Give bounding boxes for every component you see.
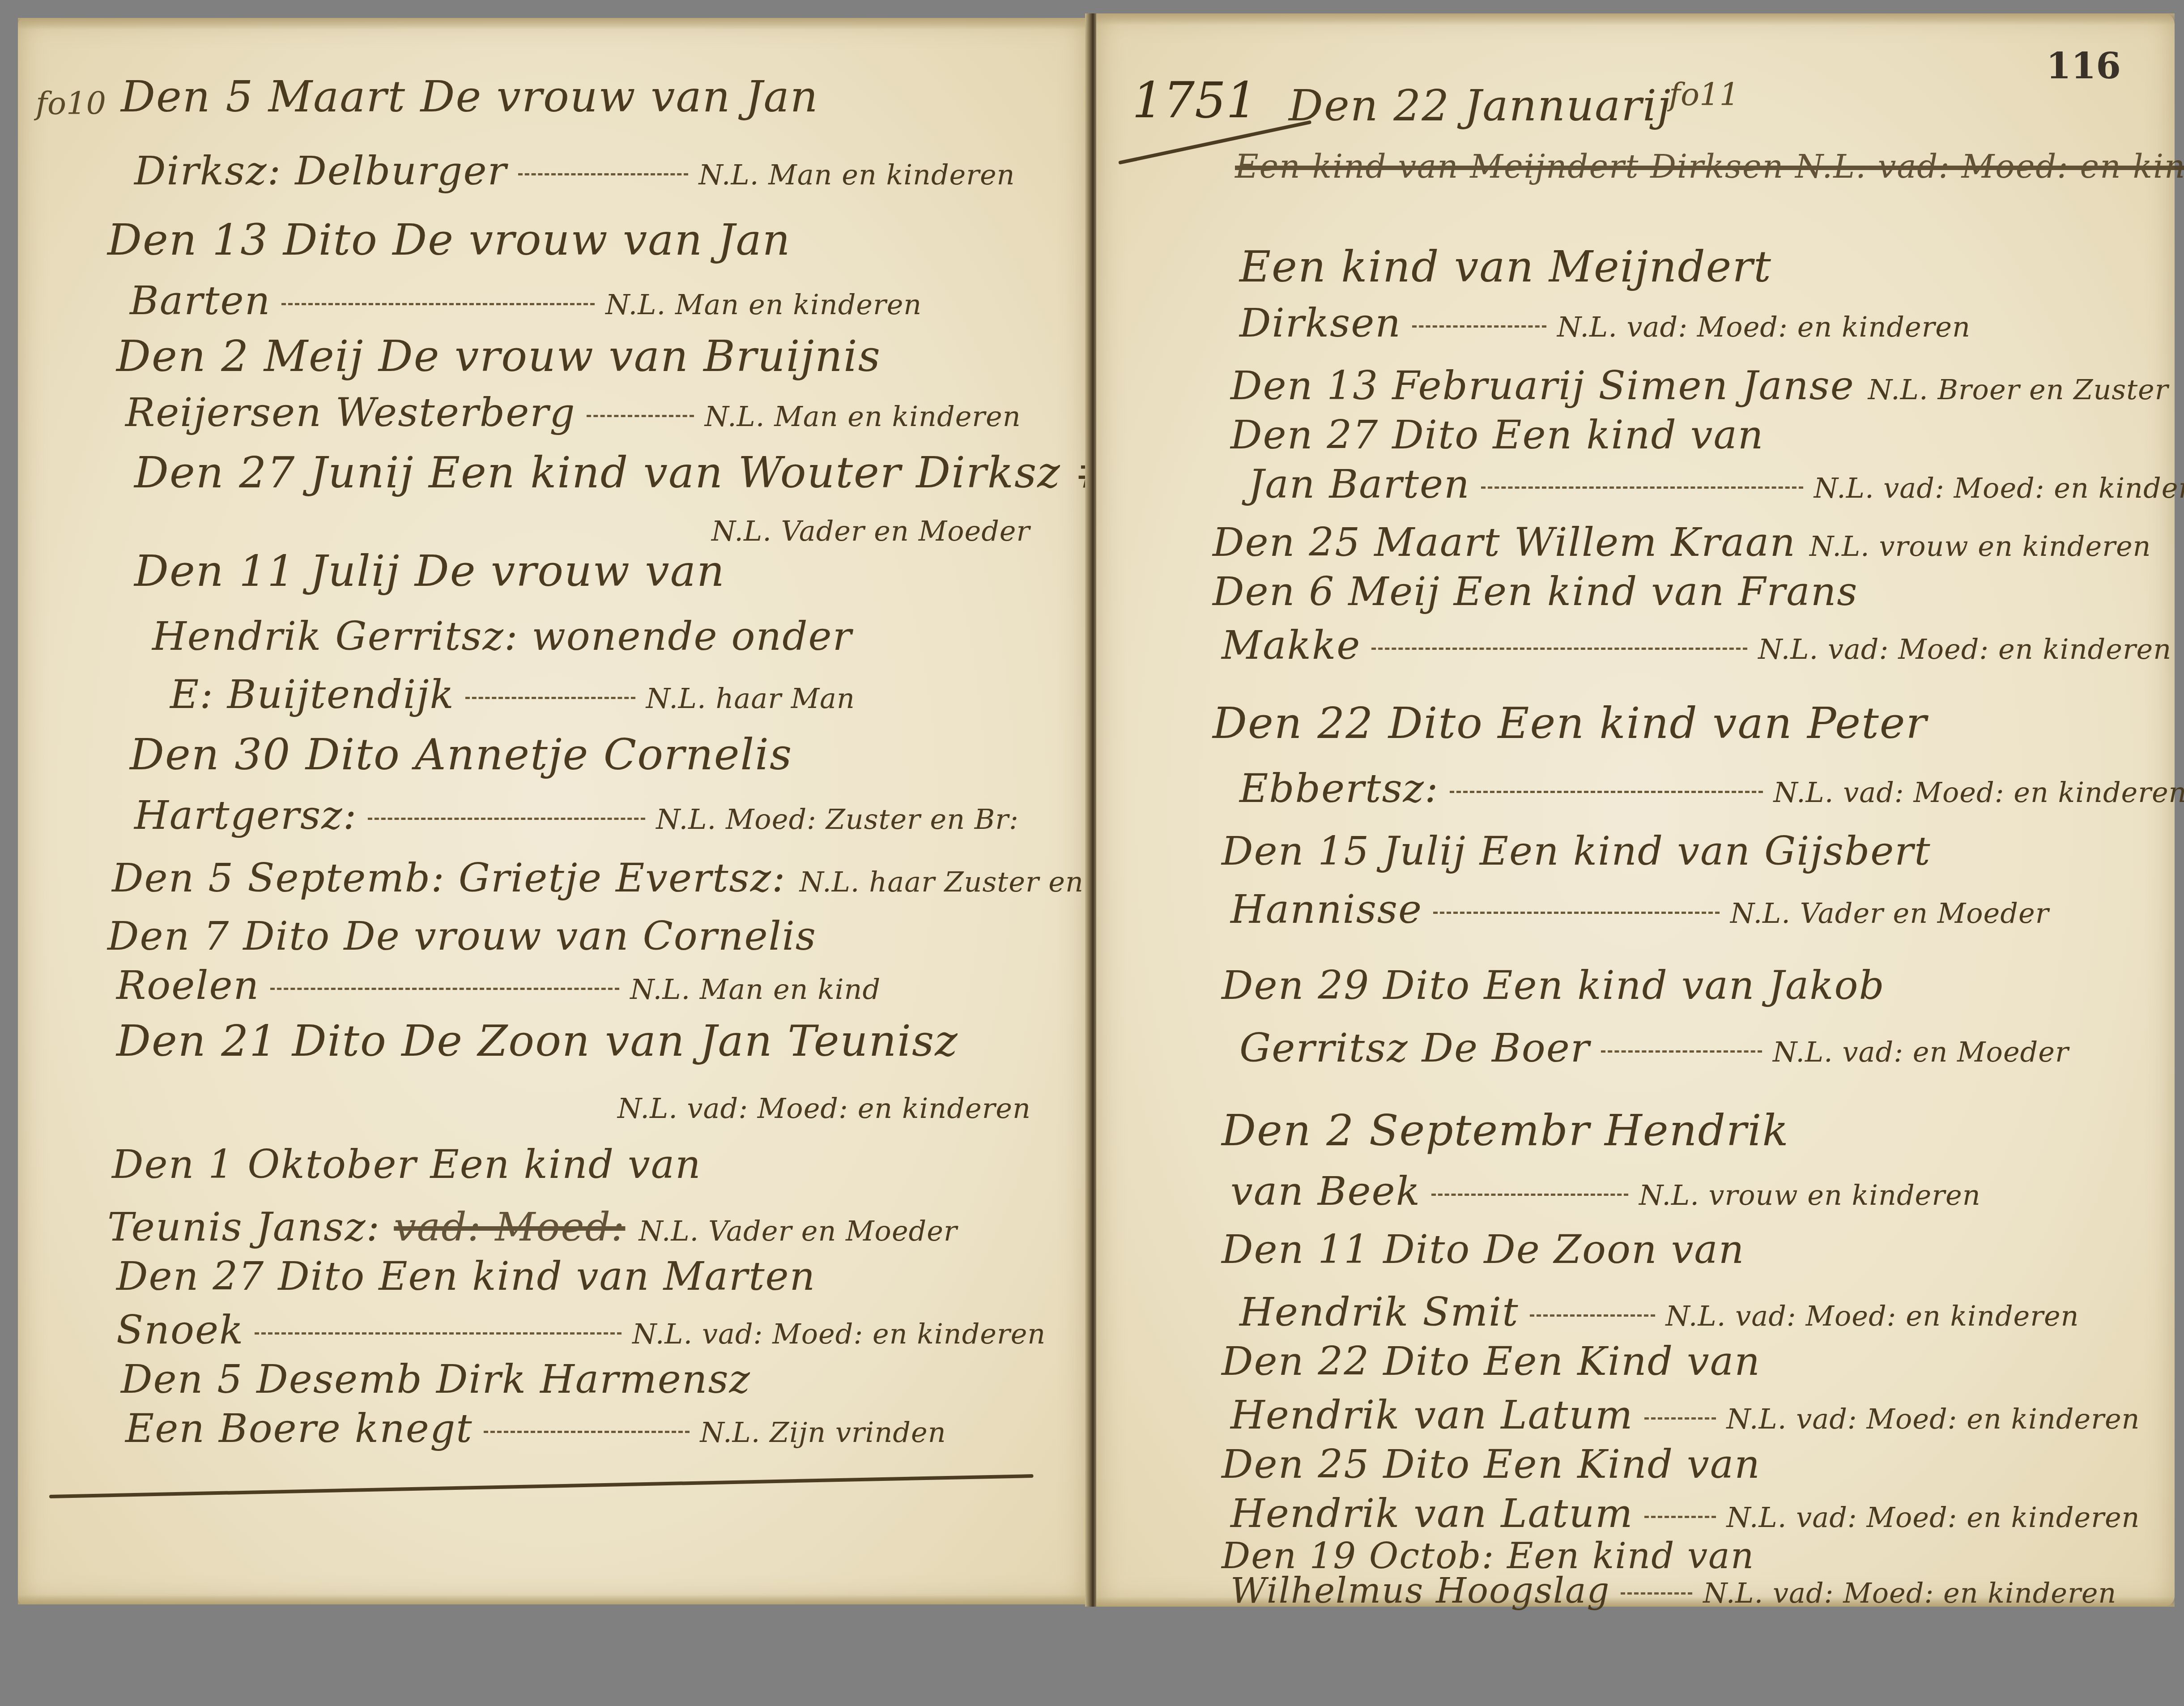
entry-remark: N.L. Man en kinderen: [699, 158, 1015, 191]
entry-continuation-2: E: Buijtendijk: [170, 671, 455, 717]
folio-reference: fo10: [36, 85, 106, 122]
entry-date: Den 5 Septemb:: [112, 855, 445, 901]
entry-remark: N.L. vad: Moed: en kinderen: [617, 1092, 1031, 1125]
entry-text: De vrouw van Cornelis: [344, 913, 817, 959]
entry-remark: N.L. Man en kinderen: [705, 400, 1021, 433]
entry-date-text: Den 1 Oktober Een kind van: [112, 1141, 702, 1187]
entry-date: Den 6 Meij: [1213, 568, 1440, 614]
entry-text: Een kind van Wouter Dirksz: [429, 448, 1061, 498]
entry-remark: N.L. Vader en Moeder: [1730, 897, 2049, 930]
entry-date-text: Den 2 Septembr Hendrik: [1222, 1105, 1789, 1156]
entry-date: Den 27 Dito: [1230, 412, 1479, 458]
entry-date-text: Den 5 Desemb Dirk Harmensz: [121, 1356, 751, 1402]
entry-continuation: Teunis Jansz:: [107, 1204, 380, 1250]
entry-remark: N.L. Zijn vrinden: [700, 1416, 946, 1449]
entry-remark: N.L. vad: Moed: en kinderen: [1727, 1501, 2140, 1534]
entry-date-text: Den 15 Julij Een kind van Gijsbert: [1222, 828, 1931, 874]
entry-continuation-line: MakkeN.L. vad: Moed: en kinderen: [1222, 622, 2171, 668]
left-page: fo10 Den 5 Maart De vrouw van Jan Dirksz…: [18, 18, 1087, 1604]
entry-date: Den 22 Dito: [1213, 698, 1483, 748]
dash-filler: [518, 173, 688, 175]
entry-date: Den 11 Dito: [1222, 1226, 1470, 1272]
dash-filler: [1481, 486, 1803, 489]
entry-date-text: Den 5 Maart De vrouw van Jan: [121, 72, 819, 122]
entry-continuation-line: Reijersen WesterbergN.L. Man en kinderen: [125, 389, 1021, 435]
entry-text: Een kind van Frans: [1454, 568, 1858, 614]
entry-continuation: Hendrik Gerritsz: wonende onder: [152, 613, 852, 659]
entry-remark: N.L. haar Man: [646, 682, 855, 715]
entry-date: Den 29 Dito: [1222, 962, 1470, 1008]
entry-text: Een kind van: [1493, 412, 1764, 458]
entry-continuation-line: BartenN.L. Man en kinderen: [130, 277, 922, 324]
entry-continuation-line: Hartgersz:N.L. Moed: Zuster en Br:: [134, 792, 1019, 838]
entry-continuation-line: Hendrik van LatumN.L. vad: Moed: en kind…: [1230, 1392, 2140, 1438]
entry-continuation-line: Ebbertsz:N.L. vad: Moed: en kinderen: [1239, 765, 2184, 811]
dash-filler: [587, 415, 694, 417]
dash-filler: [1433, 912, 1720, 914]
entry-continuation: Hannisse: [1230, 886, 1422, 932]
entry-continuation-line: Teunis Jansz: vad: Moed: N.L. Vader en M…: [107, 1204, 958, 1250]
entry-remark: N.L. vad: Moed: en kinderen: [1774, 776, 2184, 809]
entry-date: Den 15 Julij: [1222, 828, 1466, 874]
dash-filler: [1450, 791, 1763, 793]
entry-date-text: Den 27 Dito Een kind van: [1230, 412, 1764, 458]
entry-continuation: Wilhelmus Hoogslag: [1230, 1571, 1610, 1611]
entry-date-text: Den 13 Dito De vrouw van Jan: [107, 215, 791, 265]
dash-filler: [281, 303, 595, 305]
entry-remark: N.L. vrouw en kinderen: [1639, 1179, 1981, 1211]
entry-text: Een kind van: [430, 1141, 702, 1187]
entry-date: Den 2 Septembr: [1222, 1105, 1590, 1156]
entry-continuation-line: E: BuijtendijkN.L. haar Man: [170, 671, 855, 717]
entry-remark: N.L. vad: Moed: en kinderen: [1814, 472, 2184, 504]
entry-date: Den 5 Desemb: [121, 1356, 423, 1402]
entry-continuation-line: Een Boere knegtN.L. Zijn vrinden: [125, 1405, 946, 1451]
entry-text: De vrouw van: [415, 546, 725, 596]
entry-date: Den 21 Dito: [116, 1016, 387, 1066]
entry-continuation: Dirksz: Delburger: [134, 148, 507, 194]
entry-remark: N.L. vad: en Moeder: [1773, 1036, 2069, 1068]
entry-remark: N.L. Vader en Moeder: [711, 515, 1030, 547]
entry-continuation-line: Gerritsz De BoerN.L. vad: en Moeder: [1239, 1025, 2069, 1071]
closing-rule: [49, 1474, 1034, 1498]
entry-date-text: Den 27 Dito Een kind van Marten: [116, 1253, 816, 1299]
open-register-book: fo10 Den 5 Maart De vrouw van Jan Dirksz…: [18, 13, 2175, 1607]
entry-continuation: Hendrik van Latum: [1230, 1392, 1634, 1438]
entry-continuation: Ebbertsz:: [1239, 765, 1439, 811]
entry-date-text: Den 22 Dito Een kind van Peter: [1213, 698, 1927, 748]
entry-text: Hendrik: [1605, 1105, 1789, 1156]
entry-date-text: Den 6 Meij Een kind van Frans: [1213, 568, 1858, 614]
entry-date: Den 27 Dito: [116, 1253, 365, 1299]
entry-line: Den 25 Maart Willem Kraan N.L. vrouw en …: [1213, 519, 2151, 565]
entry-date-text: Den 11 Julij De vrouw van: [134, 546, 725, 596]
entry-date: Den 25 Maart: [1213, 519, 1501, 565]
entry-text: De vrouw van Jan: [392, 215, 791, 265]
dash-filler: [270, 988, 619, 990]
entry-text: Een Kind van: [1484, 1441, 1761, 1487]
page-edge-top: [18, 18, 1087, 30]
heading-date: Den 22 Jannuarij: [1289, 81, 1672, 131]
page-edge-top: [1096, 13, 2175, 25]
entry-date: Den 11 Julij: [134, 546, 400, 596]
entry-continuation: Makke: [1222, 622, 1361, 668]
dash-filler: [1530, 1314, 1655, 1317]
entry-text: De vrouw van Bruijnis: [379, 331, 881, 381]
entry-continuation-line: SnoekN.L. vad: Moed: en kinderen: [116, 1307, 1046, 1353]
dash-filler: [1371, 648, 1747, 650]
entry-date-text: Den 25 Dito Een Kind van: [1222, 1441, 1761, 1487]
entry-continuation: Een Boere knegt: [125, 1405, 473, 1451]
entry-text: Willem Kraan: [1514, 519, 1796, 565]
dash-filler: [368, 818, 645, 820]
entry-remark: N.L. Man en kind: [630, 973, 881, 1006]
entry-continuation: Barten: [130, 277, 271, 324]
entry-text: De vrouw van Jan: [420, 72, 818, 122]
entry-continuation: Hartgersz:: [134, 792, 357, 838]
entry-date-text: Den 2 Meij De vrouw van Bruijnis: [116, 331, 881, 381]
entry-date: Den 25 Dito: [1222, 1441, 1470, 1487]
struck-text: vad: Moed:: [394, 1204, 625, 1250]
entry-continuation: Hendrik Smit: [1239, 1289, 1519, 1335]
entry-remark: N.L. vad: Moed: en kinderen: [1666, 1300, 2079, 1332]
entry-date-text: Den 30 Dito Annetje Cornelis: [130, 729, 792, 780]
dash-filler: [1601, 1050, 1762, 1053]
entry-remark: N.L. Broer en Zuster: [1868, 373, 2169, 406]
entry-remark: N.L. vad: Moed: en kinderen: [1557, 311, 1971, 343]
page-edge-bottom: [18, 1595, 1087, 1604]
entry-text: Een Kind van: [1484, 1338, 1761, 1384]
struck-entry: Een kind van Meijndert Dirksen N.L. vad:…: [1235, 148, 2184, 185]
entry-date-text: Den 27 Junij Een kind van Wouter Dirksz …: [134, 448, 1112, 498]
entry-text: Grietje Evertsz:: [459, 855, 786, 901]
entry-text: Een kind van Meijndert: [1239, 242, 1772, 292]
entry-date-text: Den 11 Dito De Zoon van: [1222, 1226, 1745, 1272]
entry-text: Annetje Cornelis: [415, 729, 792, 780]
dash-filler: [465, 697, 635, 699]
entry-continuation-line: RoelenN.L. Man en kind: [116, 962, 881, 1008]
entry-text: Een kind van Gijsbert: [1480, 828, 1931, 874]
entry-continuation: van Beek: [1230, 1168, 1421, 1214]
dash-filler: [255, 1332, 622, 1335]
entry-text: Dirk Harmensz: [436, 1356, 751, 1402]
entry-remark: N.L. Moed: Zuster en Br:: [656, 803, 1019, 836]
entry-continuation-line: HannisseN.L. Vader en Moeder: [1230, 886, 2049, 932]
entry-line: Den 5 Septemb: Grietje Evertsz: N.L. haa…: [112, 855, 1204, 901]
dash-filler: [1644, 1417, 1716, 1420]
entry-date-text: Den 29 Dito Een kind van Jakob: [1222, 962, 1885, 1008]
year-heading: 1751: [1132, 72, 1257, 129]
entry-continuation: Reijersen Westerberg: [125, 389, 576, 435]
entry-continuation: Hendrik van Latum: [1230, 1490, 1634, 1536]
right-page: 116 1751 Den 22 Jannuarij fo11 Een kind …: [1096, 13, 2175, 1607]
entry-date: Den 5 Maart: [121, 72, 406, 122]
entry-continuation: Dirksen: [1239, 300, 1401, 346]
entry-text: Een kind van Marten: [379, 1253, 816, 1299]
entry-date: Den 13 Dito: [107, 215, 378, 265]
entry-date: Den 22 Dito: [1222, 1338, 1470, 1384]
entry-line: Den 13 Februarij Simen Janse N.L. Broer …: [1230, 363, 2168, 409]
entry-remark: N.L. Vader en Moeder: [639, 1215, 957, 1247]
entry-date: Den 27 Junij: [134, 448, 414, 498]
entry-date: Den 7 Dito: [107, 913, 330, 959]
entry-continuation-line: Dirksz: DelburgerN.L. Man en kinderen: [134, 148, 1015, 194]
entry-remark: N.L. vad: Moed: en kinderen: [1727, 1403, 2140, 1435]
dash-filler: [1621, 1592, 1692, 1595]
entry-date-text: Den 22 Dito Een Kind van: [1222, 1338, 1761, 1384]
entry-text: Een kind van Jakob: [1484, 962, 1885, 1008]
dash-filler: [1644, 1516, 1716, 1518]
entry-date-text: Den 21 Dito De Zoon van Jan Teunisz: [116, 1016, 958, 1066]
entry-text: Simen Janse: [1599, 363, 1855, 409]
entry-continuation-line: Wilhelmus HoogslagN.L. vad: Moed: en kin…: [1230, 1571, 2116, 1611]
entry-text: De Zoon van Jan Teunisz: [401, 1016, 958, 1066]
entry-remark: N.L. vrouw en kinderen: [1809, 530, 2151, 563]
entry-continuation-line: Jan BartenN.L. vad: Moed: en kinderen: [1248, 461, 2184, 507]
entry-remark: N.L. vad: Moed: en kinderen: [632, 1318, 1046, 1350]
entry-date-text: Den 7 Dito De vrouw van Cornelis: [107, 913, 817, 959]
entry-continuation-line: Hendrik SmitN.L. vad: Moed: en kinderen: [1239, 1289, 2079, 1335]
dash-filler: [1431, 1194, 1628, 1196]
entry-remark: N.L. vad: Moed: en kinderen: [1758, 633, 2171, 665]
entry-remark: N.L. Man en kinderen: [605, 288, 922, 321]
entry-text: Een kind van Peter: [1498, 698, 1927, 748]
entry-date: Den 2 Meij: [116, 331, 364, 381]
entry-text: De Zoon van: [1484, 1226, 1745, 1272]
entry-continuation: Jan Barten: [1248, 461, 1470, 507]
entry-remark: N.L. vad: Moed: en kinderen: [1703, 1577, 2116, 1609]
entry-date: Den 13 Februarij: [1230, 363, 1585, 409]
folio-reference: fo11: [1669, 76, 1739, 113]
entry-date: Den 1 Oktober: [112, 1141, 417, 1187]
entry-continuation: Roelen: [116, 962, 260, 1008]
dash-filler: [484, 1431, 690, 1433]
entry-date: Den 30 Dito: [130, 729, 400, 780]
entry-continuation-line: DirksenN.L. vad: Moed: en kinderen: [1239, 300, 1971, 346]
entry-continuation-line: Hendrik van LatumN.L. vad: Moed: en kind…: [1230, 1490, 2140, 1536]
page-number: 116: [2046, 45, 2121, 87]
entry-continuation: Gerritsz De Boer: [1239, 1025, 1590, 1071]
entry-continuation-line: van BeekN.L. vrouw en kinderen: [1230, 1168, 1981, 1214]
entry-continuation: Snoek: [116, 1307, 244, 1353]
dash-filler: [1412, 325, 1546, 328]
